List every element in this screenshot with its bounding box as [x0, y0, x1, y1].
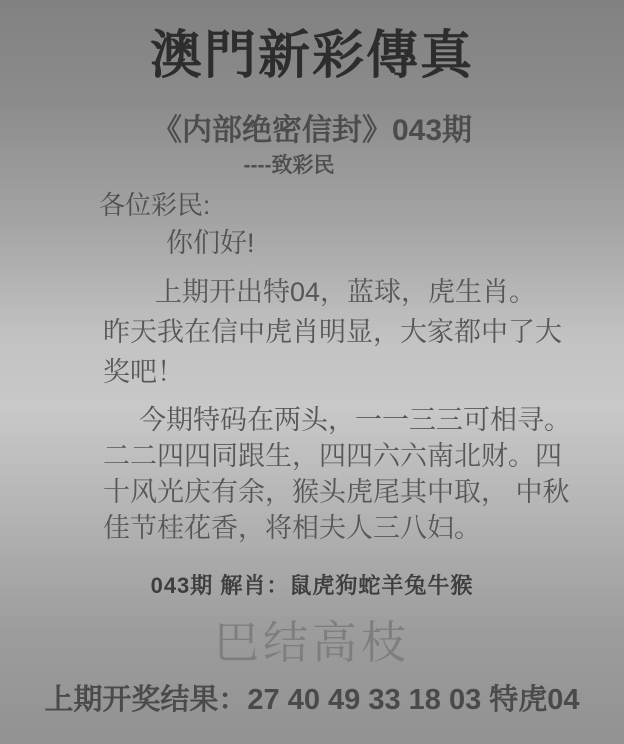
letter-line: 二二四四同跟生，四四六六南北财。四 [103, 438, 576, 474]
page-title: 澳門新彩傳真 [0, 0, 624, 87]
dedication-line: ----致彩民 [0, 153, 624, 179]
lottery-letter-poster: 澳門新彩傳真 《内部绝密信封》043期 ----致彩民 各位彩民: 你们好! 上… [0, 0, 624, 744]
previous-result-line: 上期开奖结果：27 40 49 33 18 03 特虎04 [0, 684, 624, 717]
zodiac-solve-line: 043期 解肖：鼠虎狗蛇羊兔牛猴 [0, 572, 624, 601]
idiom-text: 巴结高枝 [0, 619, 624, 669]
paragraph-riddle: 今期特码在两头，一一三三可相寻。 二二四四同跟生，四四六六南北财。四 十风光庆有… [103, 402, 576, 546]
letter-line: 昨天我在信中虎肖明显，大家都中了大 [103, 312, 576, 352]
salutation-text: 各位彩民: [99, 189, 624, 222]
paragraph-previous-draw: 上期开出特04，蓝球，虎生肖。 昨天我在信中虎肖明显，大家都中了大 奖吧！ [103, 272, 576, 392]
envelope-subtitle: 《内部绝密信封》043期 [0, 113, 624, 149]
letter-line: 佳节桂花香，将相夫人三八妇。 [103, 510, 576, 546]
greeting-text: 你们好! [166, 226, 624, 261]
letter-line: 上期开出特04，蓝球，虎生肖。 [103, 272, 576, 312]
letter-line: 今期特码在两头，一一三三可相寻。 [103, 402, 576, 438]
letter-line: 十风光庆有余，猴头虎尾其中取， 中秋 [103, 474, 576, 510]
letter-line: 奖吧！ [103, 352, 576, 392]
